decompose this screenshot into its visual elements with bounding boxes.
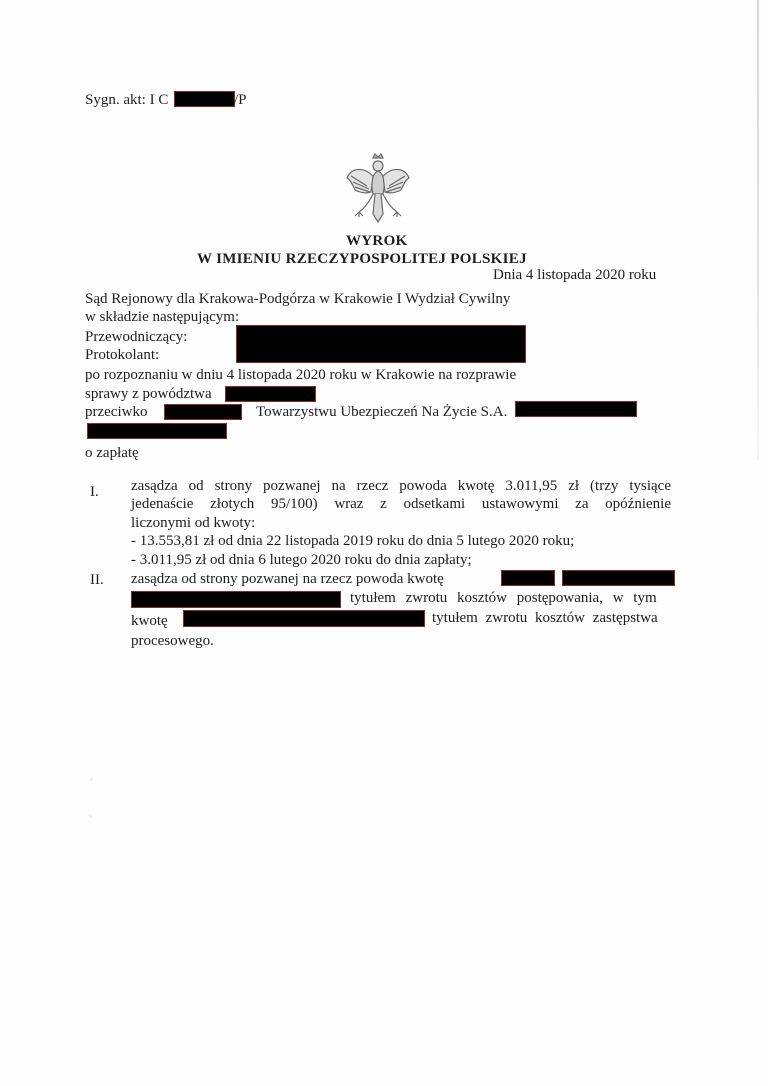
redaction-plaintiff	[225, 386, 316, 402]
judgment-date: Dnia 4 listopada 2020 roku	[493, 266, 656, 284]
plaintiff-label: sprawy z powództwa	[85, 385, 212, 403]
judgment-title: WYROK	[346, 232, 408, 250]
redaction-amount-words-continued	[131, 591, 341, 608]
document-page: Sygn. akt: I C /P WYROK W IMIENIU RZECZY…	[0, 0, 768, 1086]
item-text-line: - 13.553,81 zł od dnia 22 listopada 2019…	[131, 532, 574, 550]
scan-edge-line	[757, 0, 759, 460]
judgment-subtitle: W IMIENIU RZECZYPOSPOLITEJ POLSKIEJ	[197, 250, 527, 268]
hearing-text: po rozpoznaniu w dniu 4 listopada 2020 r…	[85, 366, 516, 384]
item-numeral: I.	[90, 483, 99, 501]
redaction-amount-words	[562, 570, 675, 586]
item-text-line: kwotę	[131, 612, 168, 630]
polish-eagle-emblem-icon	[343, 152, 413, 224]
redaction-amount	[501, 570, 555, 586]
redaction-defendant-prefix	[164, 404, 242, 420]
clerk-label: Protokolant:	[85, 346, 159, 364]
item-text-line: zasądza od strony pozwanej na rzecz powo…	[131, 570, 444, 588]
redaction-representation-cost	[183, 610, 425, 627]
scan-speck	[90, 778, 93, 781]
item-text-line: tytułem zwrotu kosztów postępowania, w t…	[350, 589, 657, 607]
item-text-line: tytułem zwrotu kosztów zastępstwa	[432, 609, 658, 627]
item-text-line: procesowego.	[131, 632, 214, 650]
item-text-line: liczonymi od kwoty:	[131, 514, 255, 532]
scan-speck	[89, 815, 92, 818]
item-text-line: jedenaście złotych 95/100) wraz z odsetk…	[131, 495, 671, 513]
redaction-case-number	[174, 91, 235, 107]
case-signature-prefix: Sygn. akt: I C	[85, 91, 168, 109]
case-signature-suffix: /P	[234, 91, 247, 109]
presiding-judge-label: Przewodniczący:	[85, 328, 187, 346]
court-composition: w składzie następującym:	[85, 308, 239, 326]
against-label: przeciwko	[85, 403, 147, 421]
item-numeral: II.	[90, 571, 104, 589]
item-text-line: zasądza od strony pozwanej na rzecz powo…	[131, 477, 671, 495]
item-text-line: - 3.011,95 zł od dnia 6 lutego 2020 roku…	[131, 551, 472, 569]
defendant-name: Towarzystwu Ubezpieczeń Na Życie S.A.	[256, 403, 507, 421]
court-name: Sąd Rejonowy dla Krakowa-Podgórza w Krak…	[85, 290, 510, 308]
redaction-defendant-continued	[87, 423, 227, 439]
redaction-defendant-suffix	[515, 401, 637, 417]
redaction-judge-clerk	[236, 325, 526, 363]
subject-text: o zapłatę	[85, 444, 139, 462]
